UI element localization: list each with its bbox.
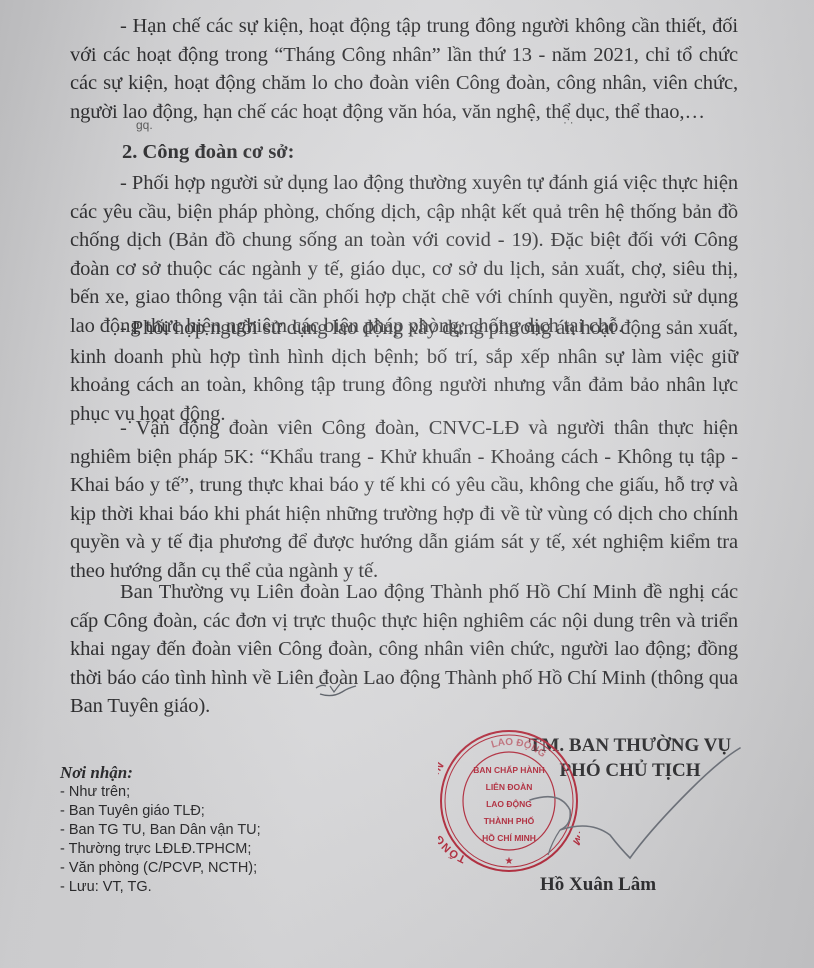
paragraph-production-plan: - Phối hợp người sử dụng lao động xây dự… xyxy=(70,314,738,428)
recipient-item: - Lưu: VT, TG. xyxy=(60,878,261,897)
paragraph-5k-measures: - Vận động đoàn viên Công đoàn, CNVC-LĐ … xyxy=(70,414,738,586)
paragraph-request: Ban Thường vụ Liên đoàn Lao động Thành p… xyxy=(70,578,738,721)
paragraph-text: - Hạn chế các sự kiện, hoạt động tập tru… xyxy=(70,15,738,123)
handwritten-mark: ·‘· xyxy=(563,115,574,129)
document-page: - Hạn chế các sự kiện, hoạt động tập tru… xyxy=(0,0,814,968)
recipients-title: Nơi nhận: xyxy=(60,763,261,782)
paragraph-text: Ban Thường vụ Liên đoàn Lao động Thành p… xyxy=(70,581,738,717)
recipient-item: - Như trên; xyxy=(60,783,261,802)
recipients-block: Nơi nhận: - Như trên; - Ban Tuyên giáo T… xyxy=(60,763,261,897)
recipient-item: - Ban TG TU, Ban Dân vận TU; xyxy=(60,821,261,840)
section-heading: 2. Công đoàn cơ sở: xyxy=(122,141,295,164)
paragraph-text: - Vận động đoàn viên Công đoàn, CNVC-LĐ … xyxy=(70,417,738,582)
paragraph-text: - Phối hợp người sử dụng lao động xây dự… xyxy=(70,317,738,425)
paragraph-limit-events: - Hạn chế các sự kiện, hoạt động tập tru… xyxy=(70,12,738,126)
recipients-list: - Như trên; - Ban Tuyên giáo TLĐ; - Ban … xyxy=(60,783,261,897)
signer-name: Hồ Xuân Lâm xyxy=(540,874,656,896)
recipient-item: - Ban Tuyên giáo TLĐ; xyxy=(60,802,261,821)
recipient-item: - Thường trực LĐLĐ.TPHCM; xyxy=(60,840,261,859)
recipient-item: - Văn phòng (C/PCVP, NCTH); xyxy=(60,859,261,878)
paragraph-text: - Phối hợp người sử dụng lao động thường… xyxy=(70,172,738,337)
handwritten-mark: gq. xyxy=(136,118,153,132)
handwritten-check-icon xyxy=(312,680,360,700)
handwritten-signature xyxy=(500,730,760,870)
